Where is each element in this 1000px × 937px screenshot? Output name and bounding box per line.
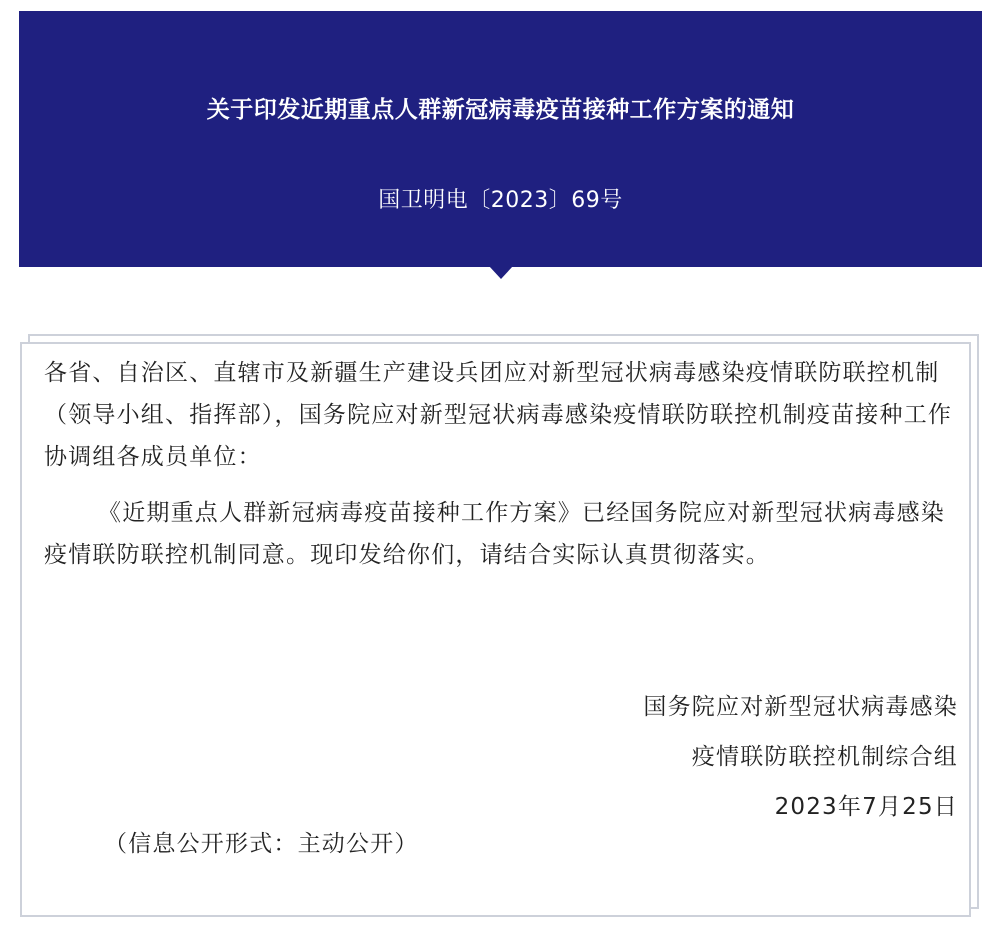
document-number: 国卫明电〔2023〕69号 <box>19 183 982 214</box>
recipients-paragraph: 各省、自治区、直辖市及新疆生产建设兵团应对新型冠状病毒感染疫情联防联控机制（领导… <box>44 352 962 478</box>
issuer-line-1: 国务院应对新型冠状病毒感染 <box>643 682 958 732</box>
notice-title: 关于印发近期重点人群新冠病毒疫苗接种工作方案的通知 <box>19 91 982 124</box>
issue-date: 2023年7月25日 <box>643 782 958 832</box>
signature-block: 国务院应对新型冠状病毒感染 疫情联防联控机制综合组 2023年7月25日 <box>643 682 958 832</box>
header-pointer-triangle-icon <box>489 266 513 279</box>
notice-body-paragraph: 《近期重点人群新冠病毒疫苗接种工作方案》已经国务院应对新型冠状病毒感染疫情联防联… <box>44 492 962 576</box>
issuer-line-2: 疫情联防联控机制综合组 <box>643 732 958 782</box>
notice-header: 关于印发近期重点人群新冠病毒疫苗接种工作方案的通知 国卫明电〔2023〕69号 <box>19 11 982 267</box>
disclosure-note: （信息公开形式：主动公开） <box>104 826 419 862</box>
